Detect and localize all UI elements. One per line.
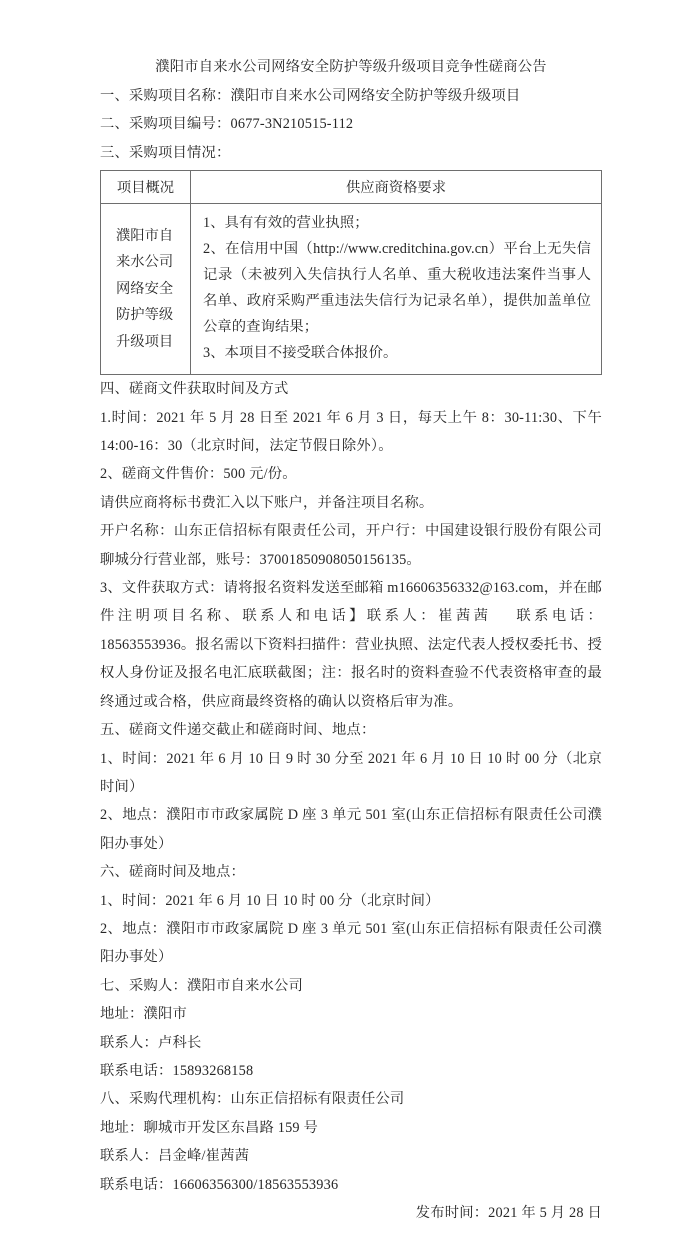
doc-obtain-time-line: 1.时间：2021 年 5 月 28 日至 2021 年 6 月 3 日，每天上… [100,404,602,461]
header-project-overview: 项目概况 [101,171,191,204]
requirement-business-license: 1、具有有效的营业执照； [203,210,591,236]
submission-location-line: 2、地点：濮阳市市政家属院 D 座 3 单元 501 室(山东正信招标有限责任公… [100,801,602,858]
purchaser-line: 七、采购人：濮阳市自来水公司 [100,972,602,1000]
doc-price-line: 2、磋商文件售价：500 元/份。 [100,460,602,488]
table-body-row: 濮阳市自来水公司网络安全防护等级升级项目 1、具有有效的营业执照； 2、在信用中… [101,204,602,375]
section-6-heading: 六、磋商时间及地点： [100,858,602,886]
requirement-credit-record: 2、在信用中国（http://www.creditchina.gov.cn）平台… [203,236,591,340]
table-header-row: 项目概况 供应商资格要求 [101,171,602,204]
requirement-no-consortium: 3、本项目不接受联合体报价。 [203,340,591,366]
agency-line: 八、采购代理机构：山东正信招标有限责任公司 [100,1085,602,1113]
line-project-number: 二、采购项目编号：0677-3N210515-112 [100,110,602,138]
line-project-info-heading: 三、采购项目情况： [100,139,602,167]
agency-address-line: 地址：聊城市开发区东昌路 159 号 [100,1114,602,1142]
section-4-heading: 四、磋商文件获取时间及方式 [100,375,602,403]
supplier-qualification-table: 项目概况 供应商资格要求 濮阳市自来水公司网络安全防护等级升级项目 1、具有有效… [100,170,602,375]
negotiation-time-line: 1、时间：2021 年 6 月 10 日 10 时 00 分（北京时间） [100,887,602,915]
agency-phone-line: 联系电话：16606356300/18563553936 [100,1171,602,1199]
purchaser-phone-line: 联系电话：15893268158 [100,1057,602,1085]
purchaser-address-line: 地址：濮阳市 [100,1000,602,1028]
line-project-name: 一、采购项目名称：濮阳市自来水公司网络安全防护等级升级项目 [100,82,602,110]
agency-contact-line: 联系人：吕金峰/崔茜茜 [100,1142,602,1170]
section-5-heading: 五、磋商文件递交截止和磋商时间、地点： [100,716,602,744]
project-overview-cell: 濮阳市自来水公司网络安全防护等级升级项目 [101,204,191,375]
document-title: 濮阳市自来水公司网络安全防护等级升级项目竞争性磋商公告 [100,53,602,82]
bank-account-line: 开户名称：山东正信招标有限责任公司，开户行：中国建设银行股份有限公司聊城分行营业… [100,517,602,574]
publish-date: 发布时间：2021 年 5 月 28 日 [100,1199,602,1227]
submission-time-line: 1、时间：2021 年 6 月 10 日 9 时 30 分至 2021 年 6 … [100,745,602,802]
negotiation-location-line: 2、地点：濮阳市市政家属院 D 座 3 单元 501 室(山东正信招标有限责任公… [100,915,602,972]
document-page: 濮阳市自来水公司网络安全防护等级升级项目竞争性磋商公告 一、采购项目名称：濮阳市… [0,0,700,1236]
remittance-note-line: 请供应商将标书费汇入以下账户，并备注项目名称。 [100,489,602,517]
purchaser-contact-line: 联系人：卢科长 [100,1029,602,1057]
obtain-method-line: 3、文件获取方式：请将报名资料发送至邮箱 m16606356332@163.co… [100,574,602,716]
supplier-requirements-cell: 1、具有有效的营业执照； 2、在信用中国（http://www.creditch… [191,204,602,375]
header-supplier-requirements: 供应商资格要求 [191,171,602,204]
